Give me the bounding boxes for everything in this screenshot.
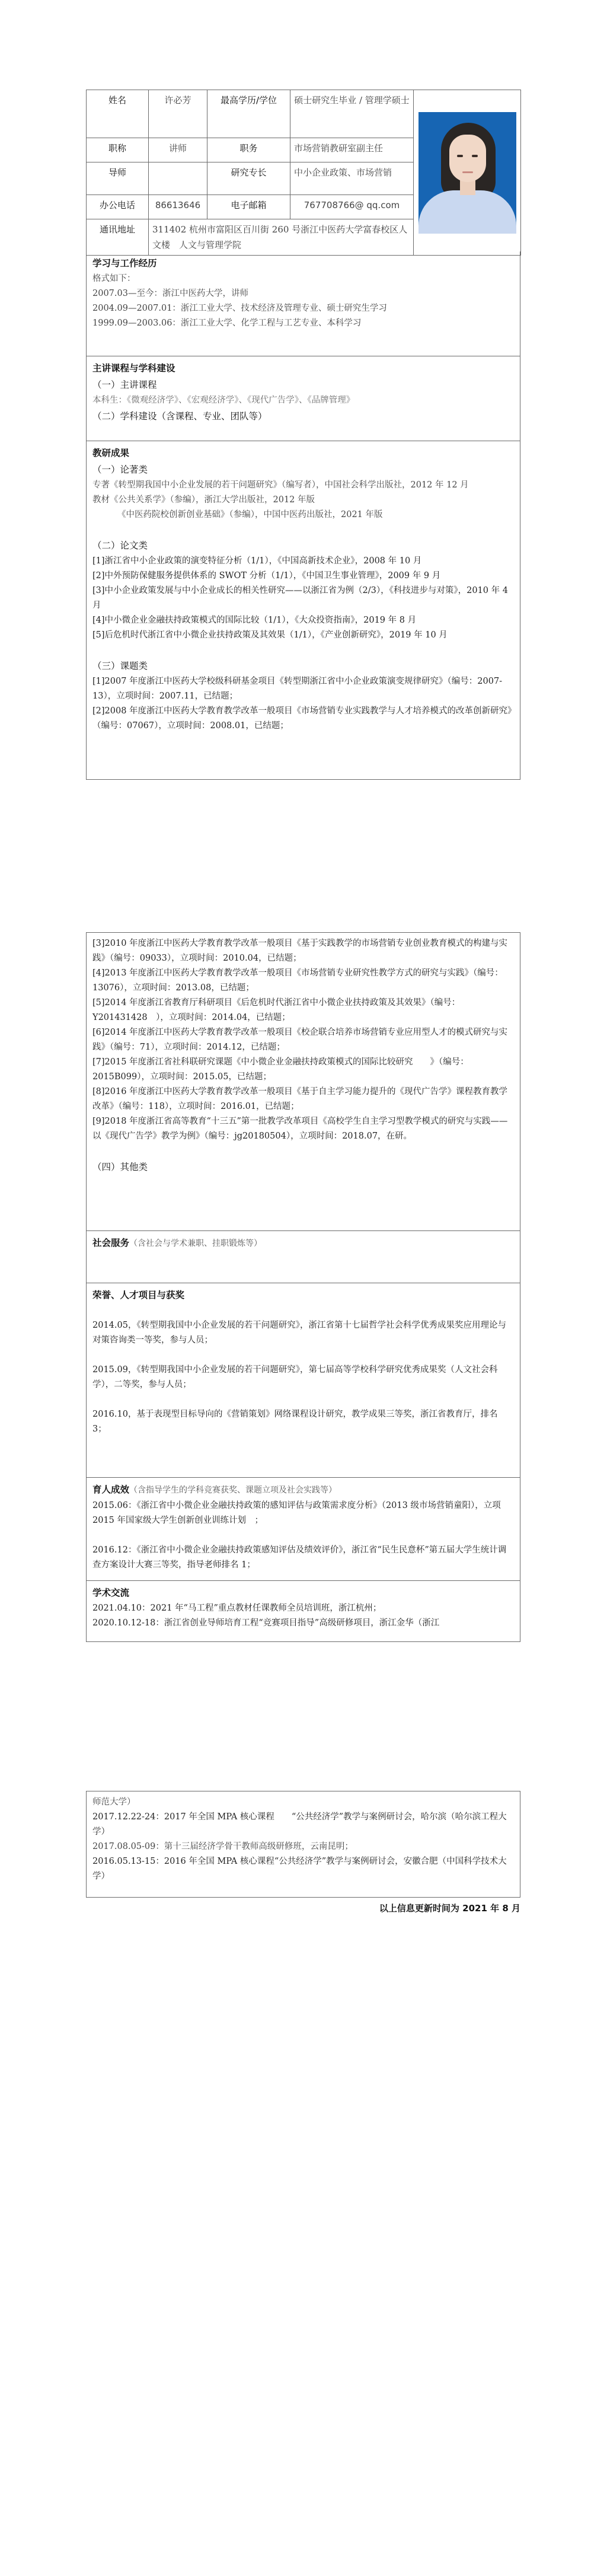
service-title: 社会服务（含社会与学术兼职、挂职锻炼等） (92, 1235, 514, 1252)
paper-item: [5]后危机时代浙江省中小微企业扶持政策及其效果（1/1），《产业创新研究》，2… (92, 628, 514, 643)
degree-value: 硕士研究生毕业 / 管理学硕士 (290, 90, 414, 138)
project-item: [4]2013 年度浙江中医药大学教育教学改革一般项目《市场营销专业研究性教学方… (92, 966, 514, 996)
honor-item: 2016.10，基于表现型目标导向的《营销策划》网络课程设计研究，教学成果三等奖… (92, 1407, 514, 1437)
title-label: 职称 (87, 138, 149, 162)
book-item: 专著《转型期我国中小企业发展的若干问题研究》（编写者），中国社会科学出版社，20… (92, 478, 514, 493)
project-item: [3]2010 年度浙江中医药大学教育教学改革一般项目《基于实践教学的市场营销专… (92, 936, 514, 966)
address-label: 通讯地址 (87, 219, 149, 256)
exchange-item: 2021.04.10：2021 年“马工程”重点教材任课教师全员培训班，浙江杭州… (92, 1601, 514, 1616)
name-value: 许必芳 (149, 90, 207, 138)
exchange-item: 2016.05.13-15：2016 年全国 MPA 核心课程“公共经济学”教学… (92, 1854, 514, 1884)
experience-item: 2007.03—至今：浙江中医药大学，讲师 (92, 286, 514, 301)
project-item: [5]2014 年度浙江省教育厅科研项目《后危机时代浙江省中小微企业扶持政策及其… (92, 996, 514, 1025)
mentoring-title-text: 育人成效 (92, 1484, 129, 1495)
photo-cell (414, 90, 521, 256)
exchange-title: 学术交流 (92, 1585, 514, 1601)
books-subtitle: （一）论著类 (92, 461, 514, 478)
exchange-section-continued: 师范大学） 2017.12.22-24：2017 年全国 MPA 核心课程 “公… (86, 1791, 520, 1898)
title-value: 讲师 (149, 138, 207, 162)
advisor-value (149, 162, 207, 195)
project-item: [7]2015 年度浙江省社科联研究课题《中小微企业金融扶持政策模式的国际比较研… (92, 1055, 514, 1085)
exchange-section: 学术交流 2021.04.10：2021 年“马工程”重点教材任课教师全员培训班… (86, 1580, 520, 1642)
mentoring-hint: （含指导学生的学科竞赛获奖、课题立项及社会实践等） (129, 1485, 337, 1495)
exchange-item: 2017.08.05-09：第十三届经济学骨干教师高级研修班，云南昆明； (92, 1839, 514, 1854)
name-label: 姓名 (87, 90, 149, 138)
research-section: 教研成果 （一）论著类 专著《转型期我国中小企业发展的若干问题研究》（编写者），… (86, 441, 520, 780)
courses-title: 主讲课程与学科建设 (92, 360, 514, 377)
courses-subtitle-main: （一）主讲课程 (92, 377, 514, 393)
project-item: [2]2008 年度浙江中医药大学教育教学改革一般项目《市场营销专业实践教学与人… (92, 704, 514, 734)
mentoring-item: 2016.12：《浙江省中小微企业金融扶持政策感知评估及绩效评价》，浙江省“民生… (92, 1543, 514, 1573)
projects-subtitle: （三）课题类 (92, 658, 514, 674)
service-hint: （含社会与学术兼职、挂职锻炼等） (129, 1239, 262, 1248)
honors-section: 荣誉、人才项目与获奖 2014.05，《转型期我国中小企业发展的若干问题研究》，… (86, 1283, 520, 1477)
exchange-continuation: 师范大学） (92, 1795, 514, 1810)
honor-item: 2014.05，《转型期我国中小企业发展的若干问题研究》，浙江省第十七届哲学社会… (92, 1318, 514, 1348)
book-item: 教材《公共关系学》（参编），浙江大学出版社，2012 年版 (92, 493, 514, 508)
advisor-label: 导师 (87, 162, 149, 195)
honors-title: 荣誉、人才项目与获奖 (92, 1287, 514, 1303)
mentoring-section: 育人成效（含指导学生的学科竞赛获奖、课题立项及社会实践等） 2015.06：《浙… (86, 1477, 520, 1580)
research-section-continued: [3]2010 年度浙江中医药大学教育教学改革一般项目《基于实践教学的市场营销专… (86, 932, 520, 1230)
project-item: [1]2007 年度浙江中医药大学校级科研基金项目《转型期浙江省中小企业政策演变… (92, 674, 514, 704)
paper-item: [4]中小微企业金融扶持政策模式的国际比较（1/1），《大众投资指南》，2019… (92, 613, 514, 628)
update-note: 以上信息更新时间为 2021 年 8 月 (379, 1902, 520, 1914)
book-item: 《中医药院校创新创业基础》（参编），中国中医药出版社，2021 年版 (92, 508, 514, 522)
expertise-value: 中小企业政策、市场营销 (290, 162, 414, 195)
courses-section: 主讲课程与学科建设 （一）主讲课程 本科生：《微观经济学》、《宏观经济学》、《现… (86, 356, 520, 441)
experience-intro: 格式如下： (92, 272, 514, 286)
honor-item: 2015.09，《转型期我国中小企业发展的若干问题研究》，第七届高等学校科学研究… (92, 1363, 514, 1392)
phone-label: 办公电话 (87, 195, 149, 219)
mentoring-item: 2015.06：《浙江省中小微企业金融扶持政策的感知评估与政策需求度分析》（20… (92, 1499, 514, 1528)
paper-item: [1]浙江省中小企业政策的演变特征分析（1/1），《中国高新技术企业》，2008… (92, 554, 514, 569)
service-section: 社会服务（含社会与学术兼职、挂职锻炼等） (86, 1230, 520, 1283)
expertise-label: 研究专长 (207, 162, 290, 195)
email-label: 电子邮箱 (207, 195, 290, 219)
paper-item: [3]中小企业政策发展与中小企业成长的相关性研究——以浙江省为例（2/3），《科… (92, 584, 514, 613)
papers-subtitle: （二）论文类 (92, 537, 514, 554)
courses-subtitle-discipline: （二）学科建设（含课程、专业、团队等） (92, 408, 514, 425)
project-item: [8]2016 年度浙江中医药大学教育教学改革一般项目《基于自主学习能力提升的《… (92, 1085, 514, 1114)
experience-title: 学习与工作经历 (92, 255, 514, 272)
experience-item: 1999.09—2003.06：浙江工业大学、化学工程与工艺专业、本科学习 (92, 316, 514, 331)
degree-label: 最高学历/学位 (207, 90, 290, 138)
experience-item: 2004.09—2007.01：浙江工业大学、技术经济及管理专业、硕士研究生学习 (92, 301, 514, 316)
mentoring-title: 育人成效（含指导学生的学科竞赛获奖、课题立项及社会实践等） (92, 1481, 514, 1499)
others-subtitle: （四）其他类 (92, 1159, 514, 1175)
experience-section: 学习与工作经历 格式如下： 2007.03—至今：浙江中医药大学，讲师 2004… (86, 251, 520, 356)
paper-item: [2]中外预防保健服务提供体系的 SWOT 分析（1/1），《中国卫生事业管理》… (92, 569, 514, 584)
service-title-text: 社会服务 (92, 1238, 129, 1248)
profile-info-table: 姓名 许必芳 最高学历/学位 硕士研究生毕业 / 管理学硕士 职称 讲师 职务 … (86, 90, 521, 256)
position-value: 市场营销教研室副主任 (290, 138, 414, 162)
project-item: [6]2014 年度浙江中医药大学教育教学改革一般项目《校企联合培养市场营销专业… (92, 1025, 514, 1055)
project-item: [9]2018 年度浙江省高等教育“十三五”第一批教学改革项目《高校学生自主学习… (92, 1114, 514, 1144)
address-value: 311402 杭州市富阳区百川街 260 号浙江中医药大学富春校区人文楼 人文与… (149, 219, 414, 256)
phone-value: 86613646 (149, 195, 207, 219)
research-title: 教研成果 (92, 445, 514, 461)
position-label: 职务 (207, 138, 290, 162)
exchange-item: 2017.12.22-24：2017 年全国 MPA 核心课程 “公共经济学”教… (92, 1810, 514, 1839)
undergrad-courses: 本科生：《微观经济学》、《宏观经济学》、《现代广告学》、《品牌管理》 (92, 393, 514, 408)
exchange-item: 2020.10.12-18：浙江省创业导师培育工程“竞赛项目指导”高级研修项目，… (92, 1616, 514, 1631)
email-value: 767708766@ qq.com (290, 195, 414, 219)
portrait-photo (418, 112, 516, 234)
